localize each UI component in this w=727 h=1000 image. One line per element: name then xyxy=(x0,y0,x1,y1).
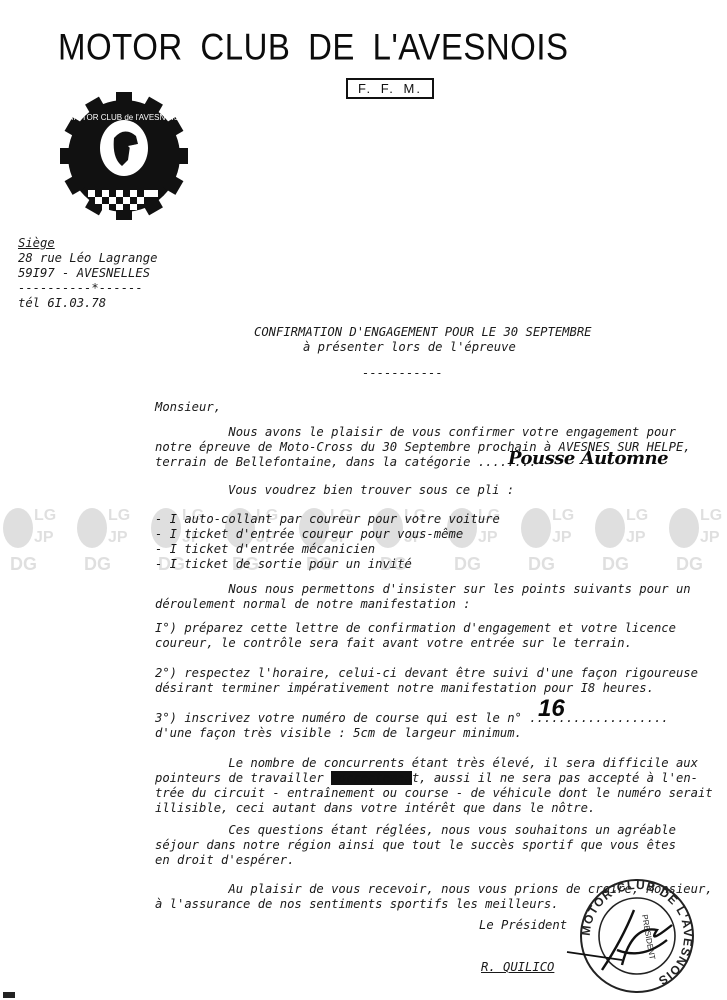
address-label: Siège xyxy=(18,236,55,250)
address-separator: ----------*------ xyxy=(18,281,143,295)
heading-rule: ----------- xyxy=(362,366,443,381)
text-line: I°) préparez cette lettre de confirmatio… xyxy=(155,621,676,635)
text-line: trée du circuit - entraînement ou course… xyxy=(155,786,713,800)
svg-text:DG: DG xyxy=(528,554,555,574)
text-line: en droit d'espérer. xyxy=(155,853,294,867)
svg-text:DG: DG xyxy=(158,554,185,574)
margin-mark xyxy=(3,992,15,998)
text-line: déroulement normal de notre manifestatio… xyxy=(155,597,471,611)
watermark-tile: LGJPDG xyxy=(444,500,504,575)
watermark-tile: LGJPDG xyxy=(370,500,430,575)
point-2: 2°) respectez l'horaire, celui-ci devant… xyxy=(155,666,698,696)
svg-text:JP: JP xyxy=(700,529,720,546)
svg-text:DG: DG xyxy=(676,554,703,574)
svg-text:DG: DG xyxy=(306,554,333,574)
address-city: 59I97 - AVESNELLES xyxy=(18,266,150,280)
svg-text:DG: DG xyxy=(232,554,259,574)
svg-text:LG: LG xyxy=(404,507,426,524)
intro-line: terrain de Bellefontaine, dans la catégo… xyxy=(155,455,537,469)
text-line: illisible, ceci autant dans votre intérê… xyxy=(155,801,595,815)
svg-text:JP: JP xyxy=(404,529,424,546)
svg-text:DG: DG xyxy=(10,554,37,574)
text-line: coureur, le contrôle sera fait avant vot… xyxy=(155,636,632,650)
address-phone: tél 6I.03.78 xyxy=(18,296,106,310)
competitors-paragraph: Le nombre de concurrents étant très élev… xyxy=(155,756,713,816)
text-line: Nous nous permettons d'insister sur les … xyxy=(155,582,691,596)
club-logo: MOTOR CLUB de l'AVESNOIS xyxy=(58,90,190,222)
svg-text:LG: LG xyxy=(330,507,352,524)
salutation: Monsieur, xyxy=(155,400,221,415)
intro-line: Nous avons le plaisir de vous confirmer … xyxy=(155,425,676,439)
sender-address: Siège 28 rue Léo Lagrange 59I97 - AVESNE… xyxy=(18,236,157,311)
club-stamp: MOTOR-CLUB DE L'AVESNOIS PRESIDENT xyxy=(562,870,712,998)
svg-text:LG: LG xyxy=(256,507,278,524)
watermark-tile: LGJPDG xyxy=(518,500,578,575)
watermark-tile: LGJPDG xyxy=(592,500,652,575)
text-line: t, aussi il ne sera pas accepté à l'en- xyxy=(412,771,698,785)
watermark-tile: LGJPDG xyxy=(222,500,282,575)
text-line: à l'assurance de nos sentiments sportifs… xyxy=(155,897,559,911)
watermark-tile: LGJPDG xyxy=(74,500,134,575)
svg-text:LG: LG xyxy=(108,507,130,524)
text-line: Ces questions étant réglées, nous vous s… xyxy=(155,823,676,837)
svg-text:JP: JP xyxy=(182,529,202,546)
point-3: 3°) inscrivez votre numéro de course qui… xyxy=(155,711,669,741)
svg-text:JP: JP xyxy=(478,529,498,546)
enclosed-intro: Vous voudrez bien trouver sous ce pli : xyxy=(228,483,514,498)
watermark-tile: LGJPDG xyxy=(296,500,356,575)
text-line: pointeurs de travailler xyxy=(155,771,331,785)
watermark-tile: LGJPDG xyxy=(0,500,60,575)
federation-badge: F. F. M. xyxy=(346,78,434,99)
svg-text:DG: DG xyxy=(602,554,629,574)
svg-text:MOTOR-CLUB DE L'AVESNOIS: MOTOR-CLUB DE L'AVESNOIS xyxy=(579,878,695,988)
watermark-tile: LGJPDG xyxy=(148,500,208,575)
svg-text:DG: DG xyxy=(84,554,111,574)
insist-paragraph: Nous nous permettons d'insister sur les … xyxy=(155,582,691,612)
svg-text:LG: LG xyxy=(182,507,204,524)
gear-logo-icon: MOTOR CLUB de l'AVESNOIS xyxy=(58,90,190,222)
svg-text:JP: JP xyxy=(256,529,276,546)
text-line: séjour dans notre région ainsi que tout … xyxy=(155,838,676,852)
race-number-handwritten: 16 xyxy=(538,695,565,723)
point-1: I°) préparez cette lettre de confirmatio… xyxy=(155,621,676,651)
svg-text:MOTOR CLUB de l'AVESNOIS: MOTOR CLUB de l'AVESNOIS xyxy=(69,113,179,122)
svg-text:JP: JP xyxy=(330,529,350,546)
svg-text:LG: LG xyxy=(626,507,648,524)
svg-text:LG: LG xyxy=(478,507,500,524)
svg-text:DG: DG xyxy=(380,554,407,574)
svg-text:LG: LG xyxy=(700,507,722,524)
club-name-heading: MOTOR CLUB DE L'AVESNOIS xyxy=(58,26,569,69)
stamp-seal-icon: MOTOR-CLUB DE L'AVESNOIS PRESIDENT xyxy=(562,870,712,998)
signatory-name: R. QUILICO xyxy=(481,960,554,975)
svg-text:LG: LG xyxy=(34,507,56,524)
text-line: 3°) inscrivez votre numéro de course qui… xyxy=(155,711,669,725)
closing-paragraph-1: Ces questions étant réglées, nous vous s… xyxy=(155,823,676,868)
svg-text:LG: LG xyxy=(552,507,574,524)
watermark-tile: LGJPDG xyxy=(666,500,726,575)
letter-heading: CONFIRMATION D'ENGAGEMENT POUR LE 30 SEP… xyxy=(254,325,592,340)
signatory-role: Le Président xyxy=(479,918,567,933)
struck-out-word: correctemen xyxy=(331,771,412,785)
svg-text:JP: JP xyxy=(108,529,128,546)
category-handwritten: Pousse Automne xyxy=(508,448,668,469)
text-line: 2°) respectez l'horaire, celui-ci devant… xyxy=(155,666,698,680)
address-street: 28 rue Léo Lagrange xyxy=(18,251,157,265)
svg-text:JP: JP xyxy=(626,529,646,546)
text-line: Le nombre de concurrents étant très élev… xyxy=(155,756,698,770)
letter-subheading: à présenter lors de l'épreuve xyxy=(303,340,516,355)
svg-text:DG: DG xyxy=(454,554,481,574)
svg-text:JP: JP xyxy=(34,529,54,546)
svg-text:JP: JP xyxy=(552,529,572,546)
text-line: désirant terminer impérativement notre m… xyxy=(155,681,654,695)
text-line: d'une façon très visible : 5cm de largeu… xyxy=(155,726,522,740)
